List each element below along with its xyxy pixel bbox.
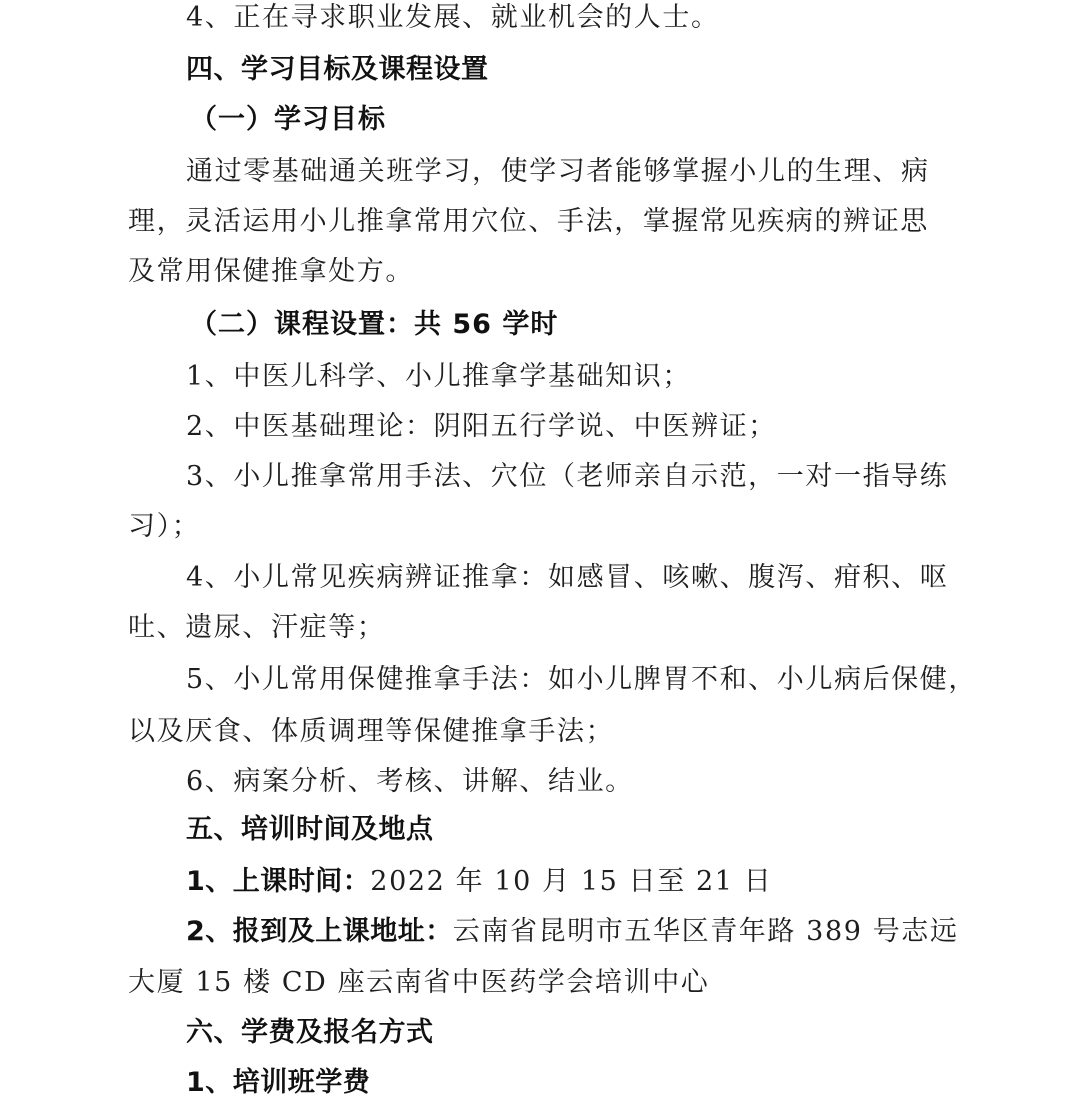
tuition-subheading: 1、培训班学费	[186, 1065, 370, 1101]
audience-item-4: 4、正在寻求职业发展、就业机会的人士。	[186, 0, 720, 36]
address-line-2: 大厦 15 楼 CD 座云南省中医药学会培训中心	[128, 965, 709, 1001]
schedule-label: 1、上课时间：	[186, 866, 370, 897]
curriculum-item-2: 2、中医基础理论：阴阳五行学说、中医辨证；	[186, 409, 777, 445]
schedule-value: 2022 年 10 月 15 日至 21 日	[370, 866, 772, 897]
section-heading-4: 四、学习目标及课程设置	[186, 52, 489, 88]
learning-goals-paragraph-line-1: 通过零基础通关班学习，使学习者能够掌握小儿的生理、病	[186, 154, 930, 190]
curriculum-item-5-line-1: 5、小儿常用保健推拿手法：如小儿脾胃不和、小儿病后保健，	[186, 662, 977, 698]
learning-goals-paragraph-line-3: 及常用保健推拿处方。	[128, 254, 414, 290]
address-line-1: 2、报到及上课地址：云南省昆明市五华区青年路 389 号志远	[186, 914, 959, 950]
curriculum-item-3-line-2: 习）；	[128, 509, 200, 545]
section-heading-5: 五、培训时间及地点	[186, 812, 434, 848]
schedule-line: 1、上课时间：2022 年 10 月 15 日至 21 日	[186, 864, 772, 900]
curriculum-item-4-line-2: 吐、遗尿、汗症等；	[128, 610, 385, 646]
learning-goals-paragraph-line-2: 理，灵活运用小儿推拿常用穴位、手法，掌握常见疾病的辨证思	[128, 204, 929, 240]
document-page: 4、正在寻求职业发展、就业机会的人士。 四、学习目标及课程设置 （一）学习目标 …	[0, 0, 1080, 1103]
curriculum-item-6: 6、病案分析、考核、讲解、结业。	[186, 764, 634, 800]
curriculum-item-3-line-1: 3、小儿推拿常用手法、穴位（老师亲自示范，一对一指导练	[186, 459, 948, 495]
curriculum-item-5-line-2: 以及厌食、体质调理等保健推拿手法；	[128, 714, 614, 750]
section-heading-6: 六、学费及报名方式	[186, 1015, 434, 1051]
curriculum-item-4-line-1: 4、小儿常见疾病辨证推拿：如感冒、咳嗽、腹泻、疳积、呕	[186, 560, 948, 596]
curriculum-item-1: 1、中医儿科学、小儿推拿学基础知识；	[186, 359, 691, 395]
subsection-heading-learning-goals: （一）学习目标	[190, 102, 386, 138]
address-label: 2、报到及上课地址：	[186, 916, 453, 947]
subsection-heading-curriculum: （二）课程设置：共 56 学时	[190, 307, 558, 343]
address-value: 云南省昆明市五华区青年路 389 号志远	[453, 916, 959, 947]
